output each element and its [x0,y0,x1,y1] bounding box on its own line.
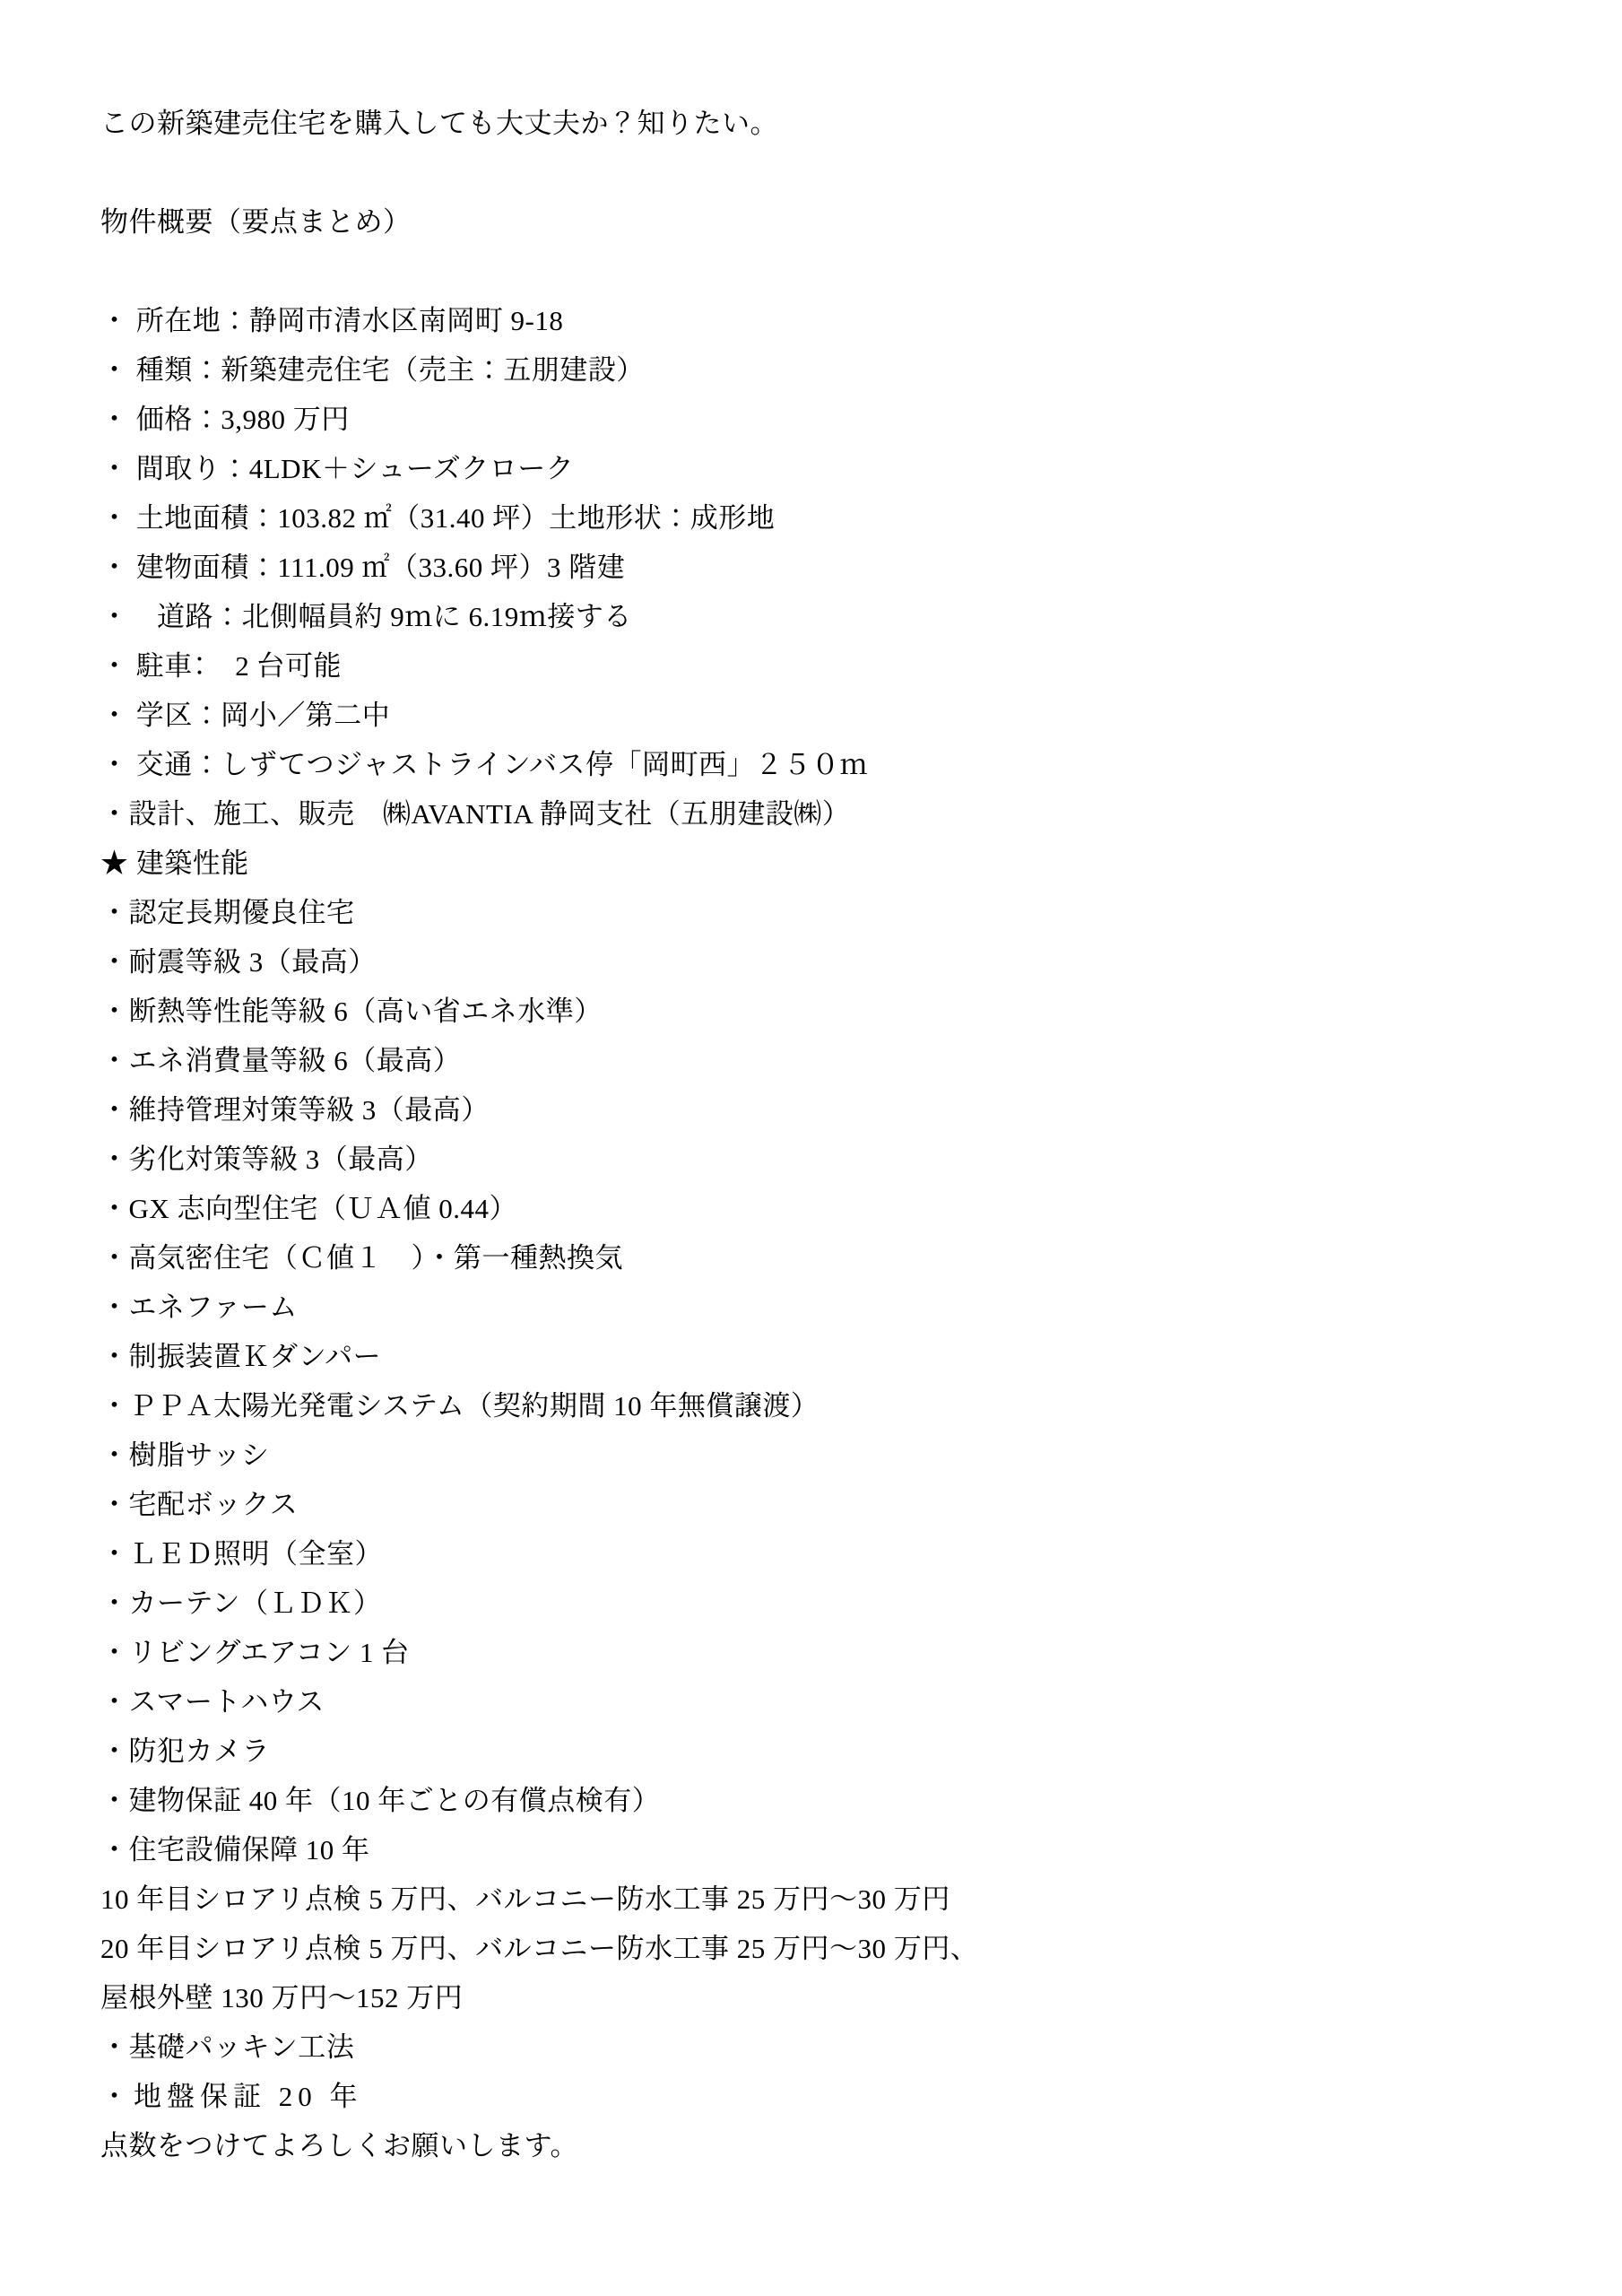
bullet-item: ・ 土地面積：103.82 ㎡（31.40 坪）土地形状：成形地 [100,493,1526,543]
bullet-item: ・防犯カメラ [100,1726,1526,1776]
bullet-item: ・エネ消費量等級 6（最高） [100,1036,1526,1085]
bullet-item: ・ 所在地：静岡市清水区南岡町 9-18 [100,296,1526,345]
question-line: この新築建売住宅を購入しても大丈夫か？知りたい。 [100,99,1526,148]
section-heading: 物件概要（要点まとめ） [100,197,1526,247]
document-page: この新築建売住宅を購入しても大丈夫か？知りたい。物件概要（要点まとめ）・ 所在地… [100,99,1526,2170]
bullet-item: ・住宅設備保障 10 年 [100,1825,1526,1874]
bullet-item: ・エネファーム [100,1283,1526,1332]
bullet-item: ・ 駐車： 2 台可能 [100,641,1526,691]
bullet-item: ・スマートハウス [100,1677,1526,1726]
blank-line [100,148,1526,197]
bullet-item: ・リビングエアコン 1 台 [100,1628,1526,1677]
bullet-item: ・ 学区：岡小／第二中 [100,691,1526,740]
bullet-item: ・ 交通：しずてつジャストラインバス停「岡町西」２５０ｍ [100,740,1526,789]
bullet-item: ・地盤保証 20 年 [100,2072,1526,2121]
bullet-item: ・基礎パッキン工法 [100,2022,1526,2072]
bullet-item: ・維持管理対策等級 3（最高） [100,1085,1526,1135]
bullet-item: ・制振装置Ｋダンパー [100,1332,1526,1381]
paragraph-line: 20 年目シロアリ点検 5 万円、バルコニー防水工事 25 万円～30 万円、 [100,1924,1526,1973]
blank-line [100,247,1526,296]
paragraph-line: 10 年目シロアリ点検 5 万円、バルコニー防水工事 25 万円～30 万円 [100,1874,1526,1924]
bullet-item: ・認定長期優良住宅 [100,888,1526,937]
bullet-item: ・宅配ボックス [100,1480,1526,1529]
bullet-item: ・設計、施工、販売 ㈱AVANTIA 静岡支社（五朋建設㈱） [100,789,1526,839]
bullet-item: ・耐震等級 3（最高） [100,937,1526,987]
paragraph-line: 屋根外壁 130 万円～152 万円 [100,1973,1526,2022]
bullet-item: ・ 価格：3,980 万円 [100,395,1526,444]
bullet-item: ・GX 志向型住宅（ＵＡ値 0.44） [100,1184,1526,1233]
bullet-item: ・高気密住宅（Ｃ値１ ）・第一種熱換気 [100,1233,1526,1283]
bullet-item: ・建物保証 40 年（10 年ごとの有償点検有） [100,1776,1526,1825]
bullet-item: ・ 間取り：4LDK＋シューズクローク [100,444,1526,493]
bullet-item: ・断熱等性能等級 6（高い省エネ水準） [100,987,1526,1036]
bullet-item: ・劣化対策等級 3（最高） [100,1135,1526,1184]
bullet-item: ・カーテン（ＬＤＫ） [100,1578,1526,1628]
bullet-item: ・ 種類：新築建売住宅（売主：五朋建設） [100,345,1526,395]
bullet-item: ・樹脂サッシ [100,1431,1526,1480]
bullet-item: ・ 道路：北側幅員約 9ｍに 6.19ｍ接する [100,592,1526,641]
bullet-item: ・ＰＰＡ太陽光発電システム（契約期間 10 年無償譲渡） [100,1381,1526,1431]
bullet-item: ・ＬＥＤ照明（全室） [100,1529,1526,1578]
paragraph-line: 点数をつけてよろしくお願いします。 [100,2121,1526,2170]
bullet-item: ・ 建物面積：111.09 ㎡（33.60 坪）3 階建 [100,543,1526,592]
performance-heading: ★ 建築性能 [100,839,1526,888]
